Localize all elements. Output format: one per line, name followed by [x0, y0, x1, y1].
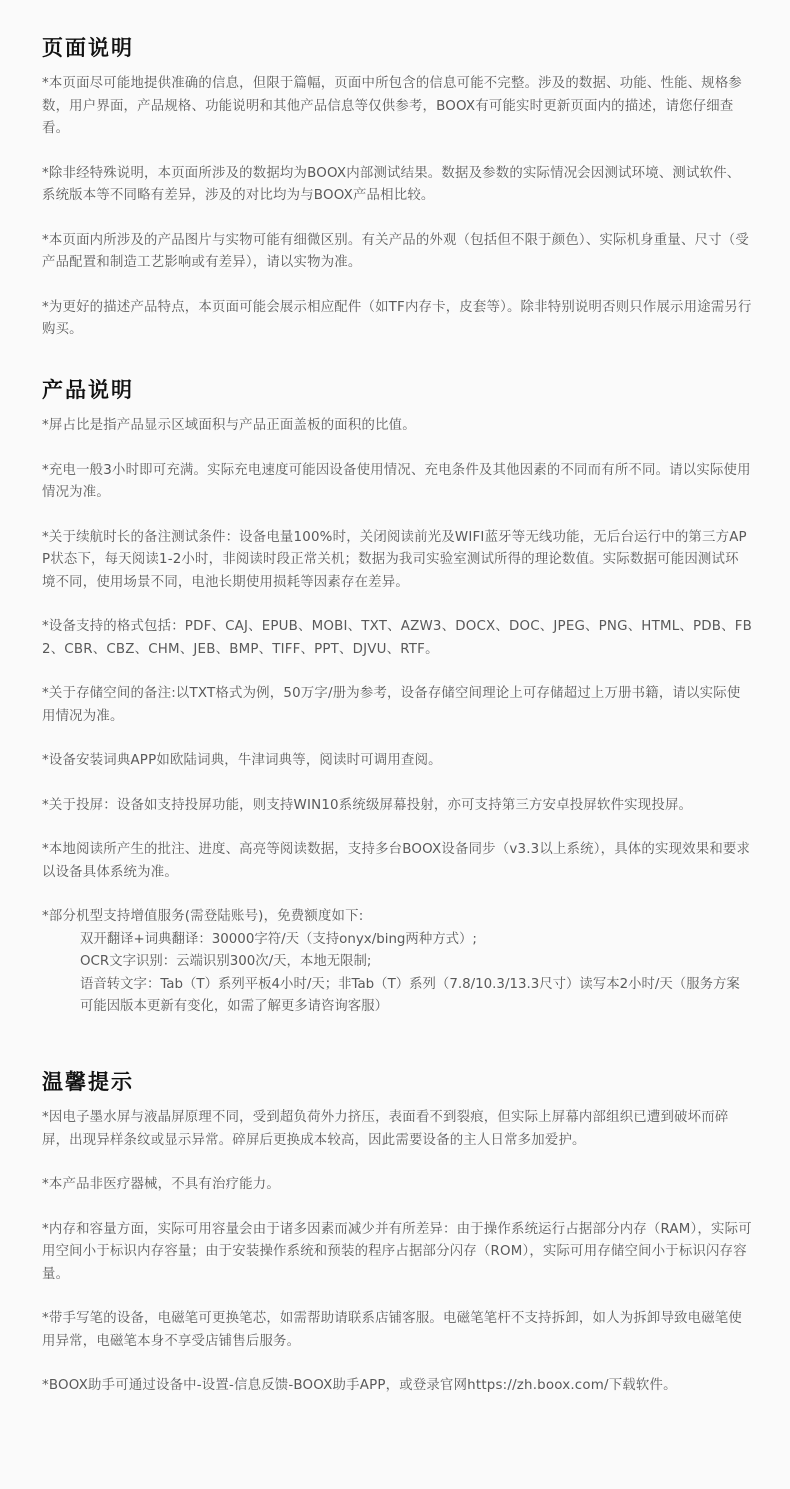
paragraph: *除非经特殊说明，本页面所涉及的数据均为BOOX内部测试结果。数据及参数的实际情…: [42, 163, 752, 208]
section-tips: 温馨提示 *因电子墨水屏与液晶屏原理不同，受到超负荷外力挤压，表面看不到裂痕，但…: [42, 1067, 752, 1398]
paragraph: *本页面尽可能地提供准确的信息，但限于篇幅，页面中所包含的信息可能不完整。涉及的…: [42, 73, 752, 141]
service-intro: *部分机型支持增值服务(需登陆账号)，免费额度如下:: [42, 906, 752, 929]
paragraph: *BOOX助手可通过设备中-设置-信息反馈-BOOX助手APP，或登录官网htt…: [42, 1375, 752, 1398]
service-item-ocr: OCR文字识别：云端识别300次/天，本地无限制;: [80, 951, 752, 974]
paragraph: *屏占比是指产品显示区域面积与产品正面盖板的面积的比值。: [42, 415, 752, 438]
paragraph: *因电子墨水屏与液晶屏原理不同，受到超负荷外力挤压，表面看不到裂痕，但实际上屏幕…: [42, 1107, 752, 1152]
paragraph: *本地阅读所产生的批注、进度、高亮等阅读数据，支持多台BOOX设备同步（v3.3…: [42, 839, 752, 884]
paragraph: *本页面内所涉及的产品图片与实物可能有细微区别。有关产品的外观（包括但不限于颜色…: [42, 230, 752, 275]
paragraph: *内存和容量方面，实际可用容量会由于诸多因素而减少并有所差异：由于操作系统运行占…: [42, 1219, 752, 1287]
service-list: 双开翻译+词典翻译：30000字符/天（支持onyx/bing两种方式）; OC…: [42, 929, 752, 1019]
value-added-services: *部分机型支持增值服务(需登陆账号)，免费额度如下: 双开翻译+词典翻译：300…: [42, 906, 752, 1019]
paragraph: *带手写笔的设备，电磁笔可更换笔芯，如需帮助请联系店铺客服。电磁笔笔杆不支持拆卸…: [42, 1308, 752, 1353]
paragraph: *本产品非医疗器械，不具有治疗能力。: [42, 1174, 752, 1197]
paragraph: *设备支持的格式包括：PDF、CAJ、EPUB、MOBI、TXT、AZW3、DO…: [42, 616, 752, 661]
paragraph: *为更好的描述产品特点，本页面可能会展示相应配件（如TF内存卡，皮套等）。除非特…: [42, 297, 752, 342]
service-item-translation: 双开翻译+词典翻译：30000字符/天（支持onyx/bing两种方式）;: [80, 929, 752, 952]
service-item-speech-to-text: 语音转文字：Tab（T）系列平板4小时/天；非Tab（T）系列（7.8/10.3…: [80, 974, 752, 1019]
section-title: 产品说明: [42, 375, 752, 405]
paragraph: *关于投屏：设备如支持投屏功能，则支持WIN10系统级屏幕投射，亦可支持第三方安…: [42, 795, 752, 818]
paragraph: *设备安装词典APP如欧陆词典，牛津词典等，阅读时可调用查阅。: [42, 750, 752, 773]
section-page-notes: 页面说明 *本页面尽可能地提供准确的信息，但限于篇幅，页面中所包含的信息可能不完…: [42, 33, 752, 342]
section-product-notes: 产品说明 *屏占比是指产品显示区域面积与产品正面盖板的面积的比值。 *充电一般3…: [42, 375, 752, 1019]
paragraph: *充电一般3小时即可充满。实际充电速度可能因设备使用情况、充电条件及其他因素的不…: [42, 460, 752, 505]
paragraph: *关于续航时长的备注测试条件：设备电量100%时，关闭阅读前光及WIFI蓝牙等无…: [42, 527, 752, 595]
section-title: 温馨提示: [42, 1067, 752, 1097]
section-title: 页面说明: [42, 33, 752, 63]
paragraph: *关于存储空间的备注:以TXT格式为例，50万字/册为参考，设备存储空间理论上可…: [42, 683, 752, 728]
